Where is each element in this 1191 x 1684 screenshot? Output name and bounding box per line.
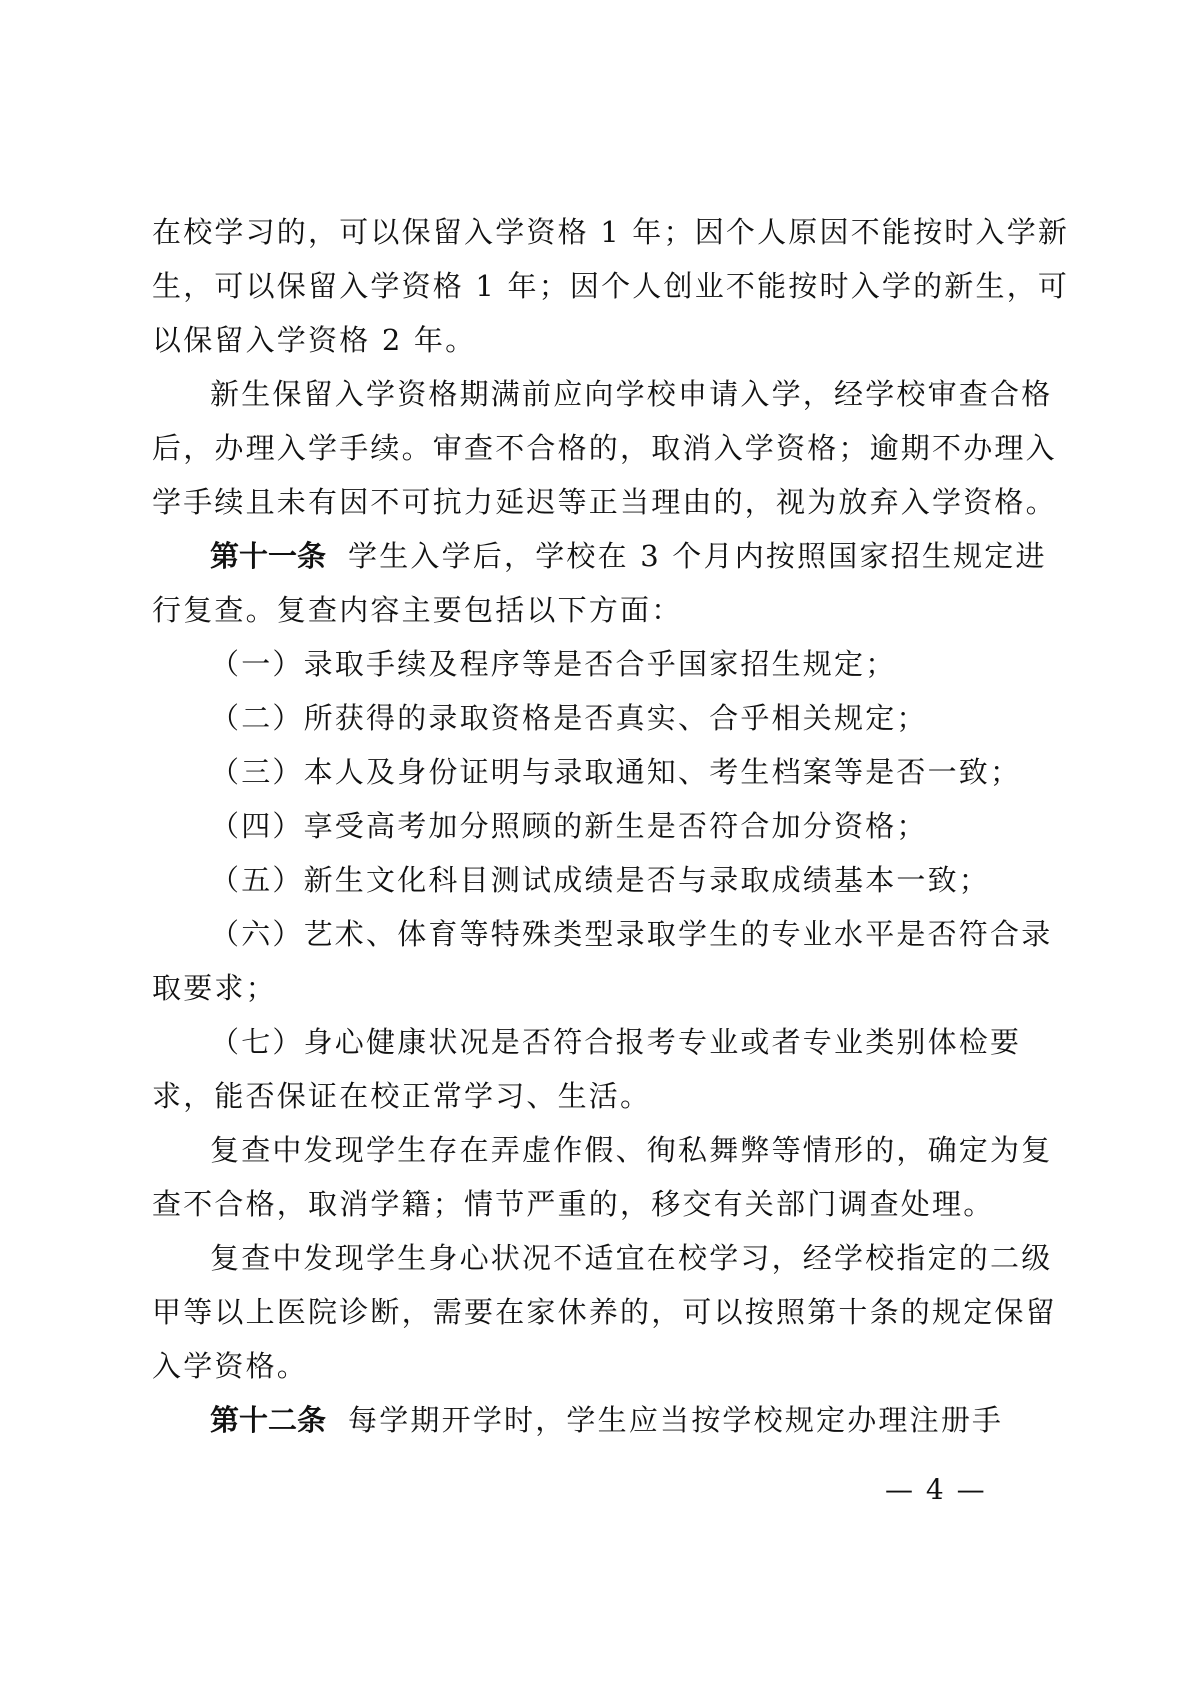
article-12: 第十二条每学期开学时，学生应当按学校规定办理注册手: [152, 1393, 972, 1447]
article-heading: 第十一条: [210, 539, 326, 573]
text-line: 取要求；: [152, 961, 972, 1015]
article-text: 学生入学后，学校在 3 个月内按照国家招生规定进: [348, 539, 1047, 573]
list-item: （七）身心健康状况是否符合报考专业或者专业类别体检要: [152, 1015, 972, 1069]
list-item: （一）录取手续及程序等是否合乎国家招生规定；: [152, 637, 972, 691]
list-item: （四）享受高考加分照顾的新生是否符合加分资格；: [152, 799, 972, 853]
list-item: （五）新生文化科目测试成绩是否与录取成绩基本一致；: [152, 853, 972, 907]
text-line: 入学资格。: [152, 1339, 972, 1393]
list-item: （六）艺术、体育等特殊类型录取学生的专业水平是否符合录: [152, 907, 972, 961]
paragraph-start: 复查中发现学生存在弄虚作假、徇私舞弊等情形的，确定为复: [152, 1123, 972, 1177]
text-line: 甲等以上医院诊断，需要在家休养的，可以按照第十条的规定保留: [152, 1285, 972, 1339]
paragraph-start: 复查中发现学生身心状况不适宜在校学习，经学校指定的二级: [152, 1231, 972, 1285]
text-line: 查不合格，取消学籍；情节严重的，移交有关部门调查处理。: [152, 1177, 972, 1231]
text-line: 以保留入学资格 2 年。: [152, 313, 972, 367]
article-text: 每学期开学时，学生应当按学校规定办理注册手: [348, 1403, 1003, 1437]
article-11: 第十一条学生入学后，学校在 3 个月内按照国家招生规定进: [152, 529, 972, 583]
document-page: 在校学习的，可以保留入学资格 1 年；因个人原因不能按时入学新 生，可以保留入学…: [152, 205, 972, 1447]
text-line: 生，可以保留入学资格 1 年；因个人创业不能按时入学的新生，可: [152, 259, 972, 313]
list-item: （二）所获得的录取资格是否真实、合乎相关规定；: [152, 691, 972, 745]
text-line: 后，办理入学手续。审查不合格的，取消入学资格；逾期不办理入: [152, 421, 972, 475]
text-line: 行复查。复查内容主要包括以下方面：: [152, 583, 972, 637]
article-heading: 第十二条: [210, 1403, 326, 1437]
text-line: 学手续且未有因不可抗力延迟等正当理由的，视为放弃入学资格。: [152, 475, 972, 529]
text-line: 求，能否保证在校正常学习、生活。: [152, 1069, 972, 1123]
list-item: （三）本人及身份证明与录取通知、考生档案等是否一致；: [152, 745, 972, 799]
text-line: 在校学习的，可以保留入学资格 1 年；因个人原因不能按时入学新: [152, 205, 972, 259]
page-number: — 4 —: [885, 1470, 987, 1510]
paragraph-start: 新生保留入学资格期满前应向学校申请入学，经学校审查合格: [152, 367, 972, 421]
